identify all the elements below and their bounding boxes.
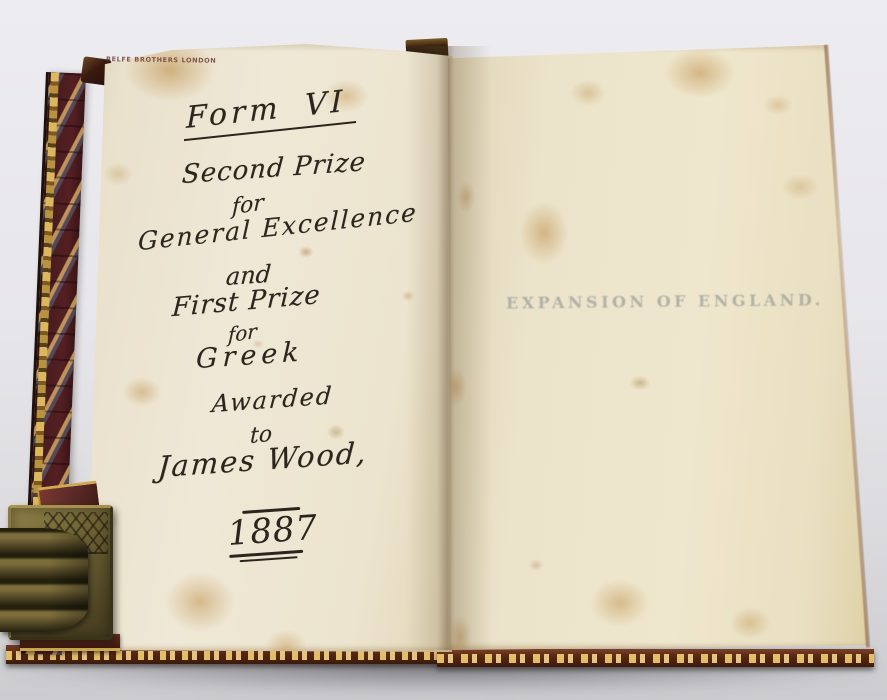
binder-stamp-text: RELFE BROTHERS LONDON	[106, 55, 216, 65]
inscription-year-block: 1887	[226, 506, 320, 563]
inscription-year: 1887	[227, 511, 320, 553]
foxing-stains-right-page	[448, 45, 868, 650]
show-through-book-title: EXPANSION OF ENGLAND.	[506, 290, 806, 312]
gilt-cover-edge-bottom-right	[437, 649, 874, 667]
brass-clasp-hand-fingers	[0, 528, 88, 632]
photo-of-antique-book: RELFE BROTHERS LONDON Form VI Second Pri…	[0, 0, 887, 700]
